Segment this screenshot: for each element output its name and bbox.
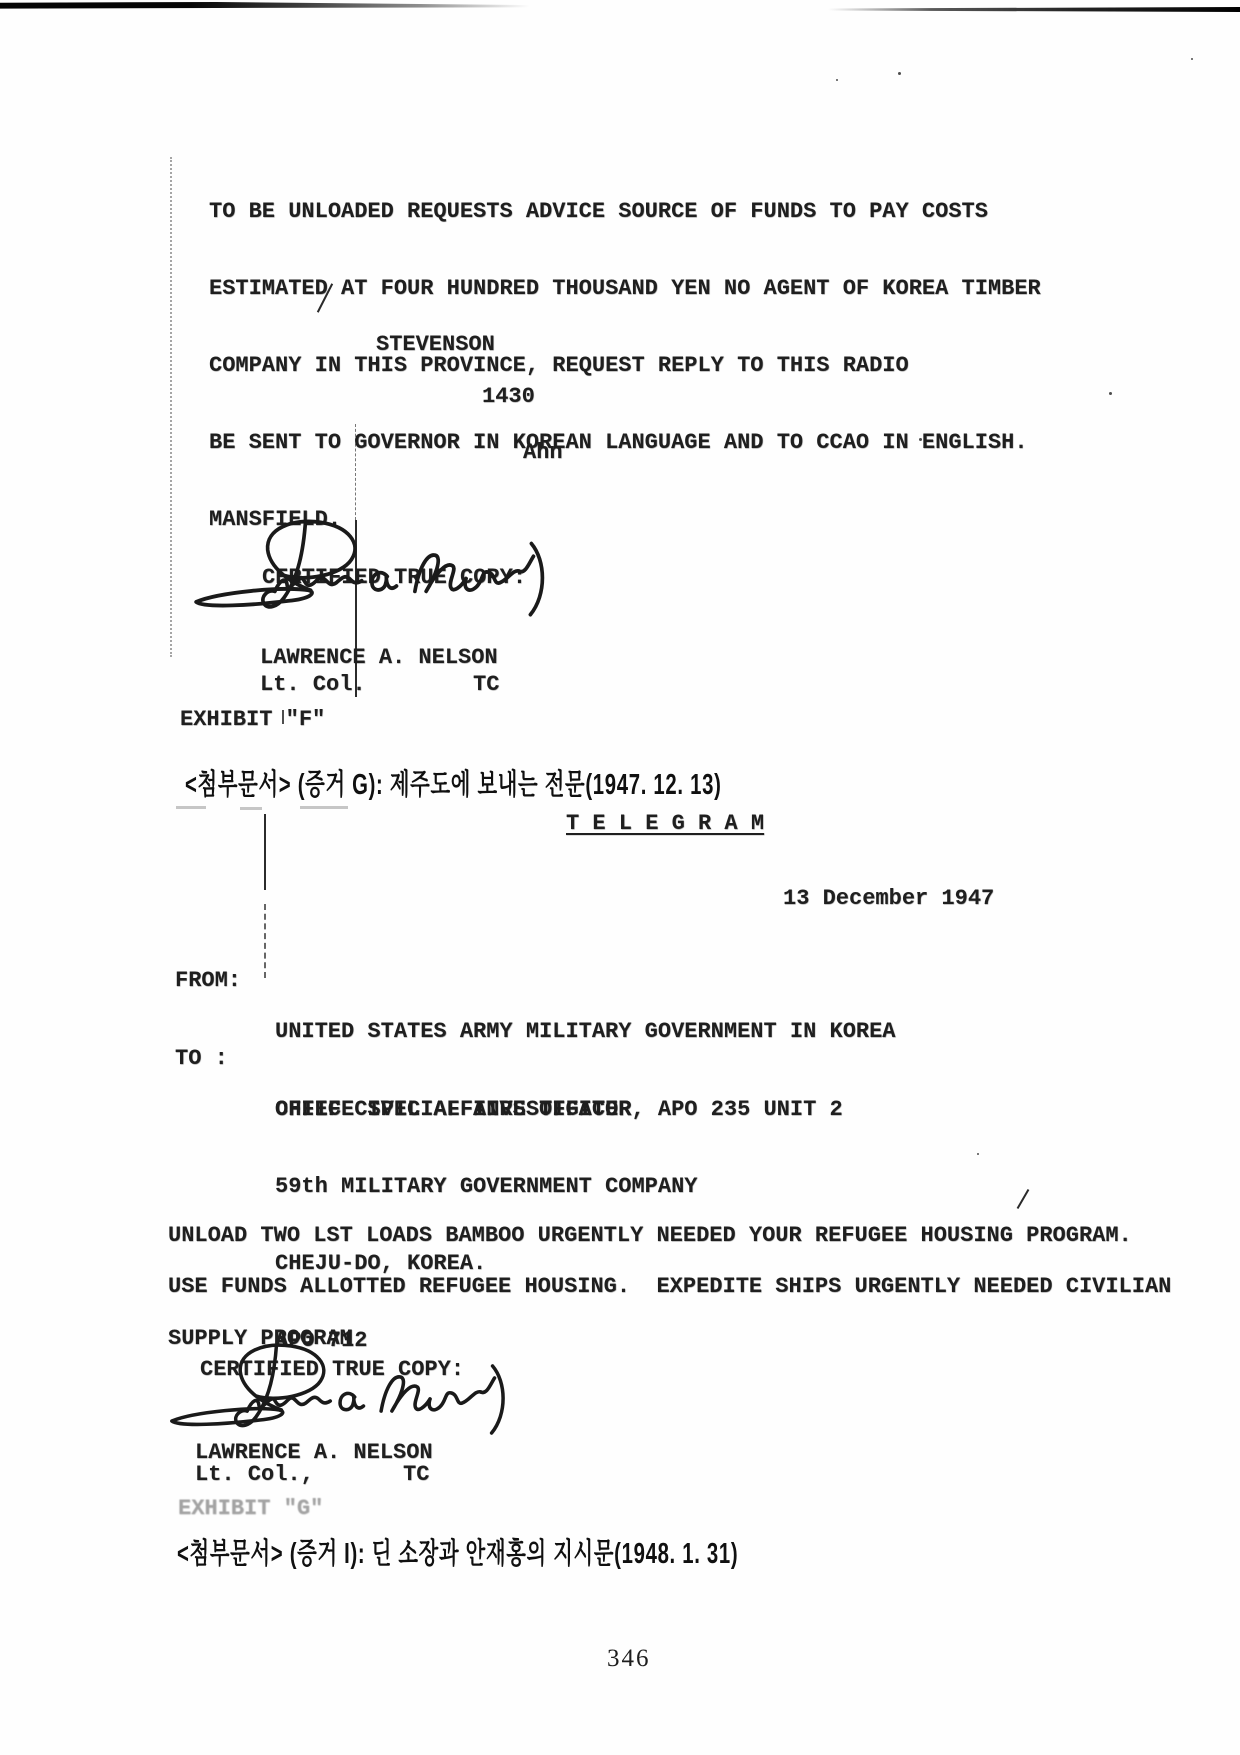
time-group-number: 1430 bbox=[482, 384, 535, 409]
from-line: UNITED STATES ARMY MILITARY GOVERNMENT I… bbox=[275, 1018, 896, 1046]
signer-name: LAWRENCE A. NELSON bbox=[260, 645, 498, 670]
scan-streak-top-left bbox=[0, 2, 540, 9]
ink-speck bbox=[1191, 58, 1193, 60]
operator-name: Ahn bbox=[523, 440, 563, 465]
telegram-body-line: COMPANY IN THIS PROVINCE, REQUEST REPLY … bbox=[209, 352, 1041, 379]
to-line: 59th MILITARY GOVERNMENT COMPANY bbox=[275, 1173, 697, 1200]
scan-streak-top-right bbox=[828, 7, 1240, 12]
faded-mark bbox=[176, 806, 206, 809]
telegram-body-line: BE SENT TO GOVERNOR IN KOREAN LANGUAGE A… bbox=[209, 429, 1041, 456]
from-label: FROM: bbox=[175, 968, 241, 993]
to-line: CHEJU-DO, KOREA. bbox=[275, 1250, 697, 1277]
signature-lawrence-nelson bbox=[190, 516, 558, 638]
korean-annotation-i: <첨부문서> (증거 I): 딘 소장과 안재홍의 지시문(1948. 1. 3… bbox=[177, 1531, 738, 1572]
exhibit-label-f: EXHIBIT "F" bbox=[180, 707, 325, 732]
fold-line-lower-solid bbox=[264, 814, 266, 890]
scanned-document-page: TO BE UNLOADED REQUESTS ADVICE SOURCE OF… bbox=[0, 0, 1240, 1755]
faded-mark bbox=[300, 806, 348, 809]
telegram-body-line: TO BE UNLOADED REQUESTS ADVICE SOURCE OF… bbox=[209, 198, 1041, 225]
slash-mark-lower bbox=[1017, 1189, 1030, 1209]
ink-speck bbox=[1109, 392, 1112, 395]
to-label: TO : bbox=[175, 1046, 228, 1071]
ink-speck bbox=[836, 79, 838, 81]
fold-line-lower-dashed bbox=[264, 904, 266, 978]
signer-rank: Lt. Col., bbox=[195, 1462, 314, 1487]
to-line: CHIEF CIVIL AFFAIRS OFFICER bbox=[275, 1096, 697, 1123]
signature-lawrence-nelson bbox=[166, 1340, 518, 1455]
telegram-heading: T E L E G R A M bbox=[566, 811, 764, 836]
ink-speck bbox=[977, 1153, 979, 1155]
telegram-date: 13 December 1947 bbox=[783, 886, 994, 911]
korean-annotation-g: <첨부문서> (증거 G): 제주도에 보내는 전문(1947. 12. 13) bbox=[185, 762, 722, 803]
exhibit-label-g: EXHIBIT "G" bbox=[178, 1496, 323, 1521]
sender-name: STEVENSON bbox=[376, 332, 495, 357]
signer-branch: TC bbox=[473, 672, 499, 697]
signer-branch: TC bbox=[403, 1462, 429, 1487]
ink-speck bbox=[898, 72, 901, 75]
faded-mark bbox=[240, 807, 262, 810]
message-line: USE FUNDS ALLOTTED REFUGEE HOUSING. EXPE… bbox=[168, 1274, 1171, 1299]
page-number: 346 bbox=[607, 1645, 651, 1673]
signer-rank: Lt. Col. bbox=[260, 672, 366, 697]
message-line: UNLOAD TWO LST LOADS BAMBOO URGENTLY NEE… bbox=[168, 1223, 1132, 1248]
telegram-body-line: ESTIMATED AT FOUR HUNDRED THOUSAND YEN N… bbox=[209, 275, 1041, 302]
fold-line-left-dotted bbox=[170, 157, 172, 657]
